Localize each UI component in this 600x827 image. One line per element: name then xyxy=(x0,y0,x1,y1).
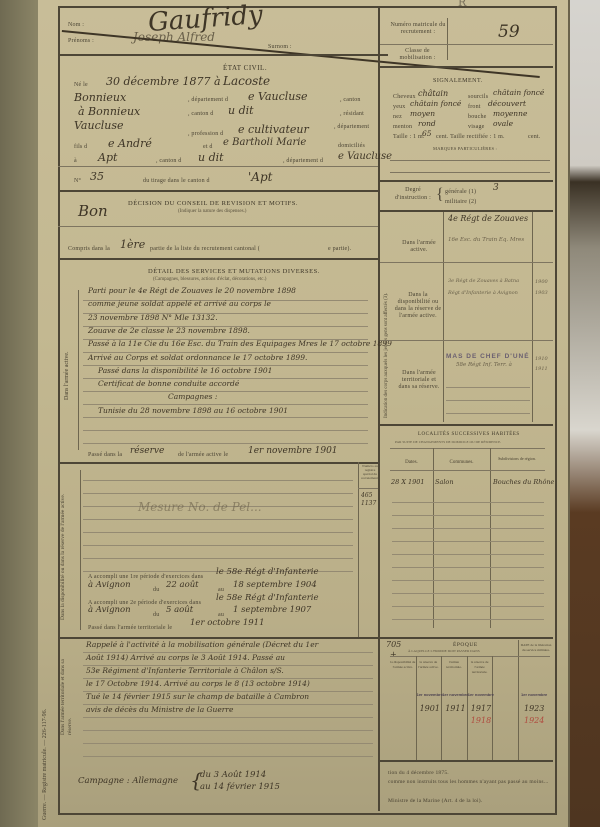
decision-value: Bon xyxy=(78,202,108,220)
localites-col-communes: Communes. xyxy=(433,460,490,466)
epoque-col-header: l'armée territoriale. xyxy=(441,660,467,670)
reserve-mid: de l'armée active le xyxy=(178,452,228,458)
divider xyxy=(390,470,545,471)
ne-le-value: 30 décembre 1877 à xyxy=(106,75,221,88)
tirage-label: du tirage dans le canton d xyxy=(143,178,210,184)
et-label: et d xyxy=(203,144,213,150)
register-page: R Guerre. — Registre matricule. — 226-11… xyxy=(38,0,570,827)
periode2-place: à Avignon xyxy=(88,605,131,615)
column-divider xyxy=(532,212,533,422)
epoque-value: 1917 xyxy=(471,704,491,713)
et-value: e Bartholi Marie xyxy=(223,137,306,148)
canton3-value: u dit xyxy=(198,151,224,164)
residant-value: à Bonnieux xyxy=(78,105,140,118)
footer-note-3: Ministre de la Marine (Art. 4 de la loi)… xyxy=(388,798,482,804)
divider xyxy=(58,54,388,56)
compris-value: 1ère xyxy=(120,238,145,251)
front-value: découvert xyxy=(488,99,526,108)
tirage-prefix: N° xyxy=(74,178,81,184)
canton-value: Bonnieux xyxy=(74,91,126,104)
epoque-subtitle: À LAQUELLE L'HOMME DOIT PASSER DANS xyxy=(408,649,480,653)
sourcils-label: sourcils xyxy=(468,94,488,100)
column-divider xyxy=(416,656,417,760)
column-divider xyxy=(378,6,380,811)
corps-terr-code-1: 1910 xyxy=(535,356,548,362)
classe-label: Classe de mobilisation : xyxy=(390,48,445,62)
departement3-label: , département d xyxy=(283,158,323,164)
epoque-stamp: 1er novembre xyxy=(442,692,468,697)
ruled-area xyxy=(392,490,544,625)
signalement-title: SIGNALEMENT. xyxy=(433,78,483,84)
reserve-date: 1er novembre 1901 xyxy=(248,446,338,456)
localite-subdivision: Bouches du Rhône xyxy=(493,478,554,486)
localite-commune: Salon xyxy=(435,478,454,486)
periode2-au: 1 septembre 1907 xyxy=(233,605,311,615)
epoque-value: 1901 xyxy=(420,704,440,713)
epoque-col-header: la réserve de l'armée active. xyxy=(416,660,442,670)
periode2-value: le 58e Régt d'Infanterie xyxy=(216,593,319,603)
territoriale-line: Rappelé à l'activité à la mobilisation g… xyxy=(86,640,318,649)
territoriale-line: le 17 Octobre 1914. Arrivé au corps le 8… xyxy=(86,679,310,688)
corps-dispo-value-1: 3e Régt de Zouaves à Batna xyxy=(448,278,519,284)
footer-note-2: comme non instruits tous les hommes n'ay… xyxy=(388,779,549,785)
divider xyxy=(380,262,553,263)
corps-terr-stamp: MAS DE CHEF D'UNÉ xyxy=(446,353,530,360)
service-line: Campagnes : xyxy=(168,392,217,401)
epoque-value: 1923 xyxy=(524,704,544,713)
corps-terr-value: 58e Régt Inf. Terr. à xyxy=(456,362,512,368)
taille-label: Taille : 1 m. xyxy=(393,134,425,140)
decision-title: DÉCISION DU CONSEIL DE REVISION ET MOTIF… xyxy=(128,200,298,207)
periode1-value: le 58e Régt d'Infanterie xyxy=(216,567,319,577)
nez-label: nez xyxy=(393,114,402,120)
compris-end: e partie). xyxy=(328,246,351,252)
service-line: Certificat de bonne conduite accordé xyxy=(98,379,239,388)
epoque-red-value: 1924 xyxy=(524,716,544,725)
service-line: Zouave de 2e classe le 23 novembre 1898. xyxy=(88,326,250,335)
prenoms-label: Prénoms : xyxy=(68,38,94,44)
periode1-au: 18 septembre 1904 xyxy=(233,580,317,590)
divider xyxy=(390,448,545,449)
divider xyxy=(390,656,550,657)
etat-civil-title: ÉTAT CIVIL. xyxy=(223,64,267,72)
divider xyxy=(58,637,378,639)
corps-active-label: Dans l'armée active. xyxy=(398,240,440,254)
domicilies-label: domiciliés xyxy=(338,143,365,149)
numero-matricule-label: Numéro matricule du recrutement : xyxy=(388,22,448,36)
tirage-value: 35 xyxy=(90,170,104,183)
numero-registre-value-2: 1137 xyxy=(361,500,376,507)
services-title: DÉTAIL DES SERVICES ET MUTATIONS DIVERSE… xyxy=(148,268,320,275)
faded-note: Mesure No. de Pel... xyxy=(138,500,262,514)
bouche-label: bouche xyxy=(468,114,487,120)
fils-value: e André xyxy=(108,137,152,150)
divider xyxy=(58,258,378,260)
divider xyxy=(380,340,553,341)
divider xyxy=(380,66,553,68)
divider xyxy=(380,760,553,762)
service-line: Parti pour le 4e Régt de Zouaves le 20 n… xyxy=(88,286,296,295)
services-side-label: Dans l'armée active. xyxy=(64,351,70,400)
services-subtitle: (Campagnes, blessures, actions d'éclat, … xyxy=(153,277,266,282)
canton-label: , canton xyxy=(340,97,361,103)
campagne-du: du 3 Août 1914 xyxy=(200,770,266,780)
divider xyxy=(58,166,378,167)
campagne-label: Campagne : Allemagne xyxy=(78,776,178,786)
margin-value-1: 705 xyxy=(386,640,401,649)
visage-value: ovale xyxy=(493,119,513,128)
territoriale-value: 1er octobre 1911 xyxy=(190,618,264,628)
territoriale-side-label: Dans l'armée territoriale et dans sa rés… xyxy=(60,645,74,735)
canton2-label: , canton d xyxy=(188,111,214,117)
corps-dispo-code-2: 1903 xyxy=(535,290,548,296)
yeux-label: yeux xyxy=(393,104,405,110)
territoriale-line: avis de décès du Ministre de la Guerre xyxy=(86,705,233,714)
divider xyxy=(380,210,553,212)
divider xyxy=(390,160,550,161)
sourcils-value: châtain foncé xyxy=(493,88,544,97)
corps-active-value-2: 16e Esc. du Train Eq. Mres xyxy=(448,237,524,243)
profession-value: e cultivateur xyxy=(238,123,309,136)
column-divider xyxy=(441,656,442,760)
instruction-brace: { xyxy=(436,186,444,204)
divider xyxy=(380,180,553,182)
territoriale-line: Tué le 14 février 1915 sur le champ de b… xyxy=(86,692,309,701)
decision-subtitle: (Indiquer la nature des dispenses.) xyxy=(178,209,246,214)
canton3-label: , canton d xyxy=(156,158,182,164)
service-line: Arrivé au Corps et soldat ordonnance le … xyxy=(88,353,307,362)
ne-le-label: Né le xyxy=(74,82,88,88)
instruction-militaire-label: militaire (2) xyxy=(445,199,476,205)
column-divider xyxy=(518,640,519,760)
territoriale-line: 53e Régiment d'Infanterie Territoriale à… xyxy=(86,666,284,675)
periode2-du-label: du xyxy=(153,612,159,618)
corps-active-value-1: 4e Régt de Zouaves xyxy=(448,214,528,223)
nez-value: moyen xyxy=(410,109,435,118)
divider xyxy=(58,226,378,227)
service-line: Tunisie du 28 novembre 1898 au 16 octobr… xyxy=(98,406,288,415)
corps-terr-label: Dans l'armée territoriale et dans sa rés… xyxy=(398,370,440,391)
instruction-label: Degré d'instruction : xyxy=(393,186,433,202)
footer-note-1: tion du 4 décembre 1875. xyxy=(388,770,449,776)
instruction-generale-label: générale (1) xyxy=(445,189,476,195)
visage-label: visage xyxy=(468,124,485,130)
a-label: à xyxy=(74,158,77,164)
departement2-value: Vaucluse xyxy=(74,119,124,132)
divider xyxy=(358,488,378,489)
canton2-value: u dit xyxy=(228,104,254,117)
localites-subtitle: PAR SUITE DE CHANGEMENTS DE DOMICILE OU … xyxy=(395,440,501,444)
epoque-stamp: 1er novembre xyxy=(468,692,494,697)
epoque-stamp: 1er novembre xyxy=(417,692,443,697)
epoque-col-header: la disponibilité de l'armée active. xyxy=(390,660,416,670)
localite-date: 28 X 1901 xyxy=(391,478,425,486)
localites-col-subdivisions: Subdivisions de région. xyxy=(492,456,542,462)
reserve-value: réserve xyxy=(130,446,164,456)
a-value: Apt xyxy=(98,151,117,164)
periode2-du: 5 août xyxy=(166,605,193,615)
territoriale-label: Passé dans l'armée territoriale le xyxy=(88,625,172,631)
epoque-value: 1911 xyxy=(445,704,465,713)
surnom-label: Surnom : xyxy=(268,44,292,50)
marques-label: MARQUES PARTICULIÈRES : xyxy=(433,146,497,151)
bracket-line xyxy=(80,470,81,630)
divider xyxy=(380,424,553,426)
ruled-area xyxy=(446,375,530,420)
service-line: Passé à la 11e Cie du 16e Esc. du Train … xyxy=(88,339,392,348)
divider xyxy=(58,190,378,192)
departement-label: , département d xyxy=(188,97,228,103)
corps-dispo-value-2: Régt d'Infanterie à Avignon xyxy=(448,290,518,296)
service-line: comme jeune soldat appelé et arrivé au c… xyxy=(88,299,271,308)
compris-suffix: partie de la liste du recrutement canton… xyxy=(150,246,260,252)
periode1-place: à Avignon xyxy=(88,580,131,590)
taille-unit: cent. Taille rectifiée : 1 m. xyxy=(436,134,505,140)
epoque-red-value: 1918 xyxy=(471,716,491,725)
service-line: Passé dans la disponibilité le 16 octobr… xyxy=(98,366,272,375)
periode1-du: 22 août xyxy=(166,580,199,590)
ne-lieu-value: Lacoste xyxy=(223,74,270,88)
divider xyxy=(58,462,378,464)
divider xyxy=(447,18,448,60)
residant-label: , résidant xyxy=(340,111,364,117)
departement-value: e Vaucluse xyxy=(248,90,308,103)
disponibilite-side-label: Dans la disponibilité ou dans la réserve… xyxy=(60,470,67,620)
tirage-canton-value: 'Apt xyxy=(248,170,272,184)
instruction-generale-value: 3 xyxy=(493,183,499,193)
periode1-du-label: du xyxy=(153,587,159,593)
yeux-value: châtain foncé xyxy=(410,99,461,108)
localites-title: LOCALITÉS SUCCESSIVES HABITÉES xyxy=(418,432,520,437)
epoque-stamp: 1er novembre xyxy=(521,692,547,697)
taille-value: 65 xyxy=(422,129,432,138)
epoque-title: ÉPOQUE xyxy=(453,642,478,648)
localites-col-dates: Dates. xyxy=(390,460,433,466)
bracket-line xyxy=(78,290,79,450)
corps-terr-code-2: 1911 xyxy=(535,366,548,372)
epoque-col-header: la réserve de l'armée territoriale. xyxy=(467,660,493,675)
column-divider xyxy=(492,656,493,760)
front-label: front xyxy=(468,104,481,110)
numero-matricule-value: 59 xyxy=(498,22,520,42)
taille-rect-unit: cent. xyxy=(528,134,541,140)
cheveux-value: châtain xyxy=(418,89,448,98)
divider xyxy=(390,172,550,173)
profession-label: , profession d xyxy=(188,131,223,137)
fils-label: fils d xyxy=(74,144,87,150)
nom-label: Nom : xyxy=(68,22,84,28)
menton-label: menton xyxy=(393,124,412,130)
numero-registre-value-1: 465 xyxy=(361,492,372,499)
reserve-label: Passé dans la xyxy=(88,452,122,458)
campagne-au: au 14 février 1915 xyxy=(200,782,280,792)
service-line: 23 novembre 1898 N° Mle 13132. xyxy=(88,313,218,322)
numero-registre-header: Numéro au registre spécial du recrutemen… xyxy=(360,464,380,480)
territoriale-line: Août 1914) Arrivé au corps le 3 Août 191… xyxy=(86,653,285,662)
margin-value-2: + xyxy=(390,650,397,659)
departement2-label: , département xyxy=(334,124,369,130)
corps-dispo-code-1: 1900 xyxy=(535,279,548,285)
departement3-value: e Vaucluse xyxy=(338,151,392,162)
corps-dispo-label: Dans la disponibilité ou dans la réserve… xyxy=(394,292,442,320)
column-divider xyxy=(443,212,444,422)
compris-label: Compris dans la xyxy=(68,246,110,252)
corps-side-label: Indication des corps auxquels les jeunes… xyxy=(384,293,389,418)
liberation-header: DATE de la libération du service militai… xyxy=(520,643,552,653)
divider xyxy=(380,44,553,45)
menton-value: rond xyxy=(418,119,436,128)
bouche-value: moyenne xyxy=(493,109,527,118)
ruled-area xyxy=(83,468,353,578)
printer-imprint: Guerre. — Registre matricule. — 226-117-… xyxy=(42,709,48,820)
divider xyxy=(380,637,553,639)
